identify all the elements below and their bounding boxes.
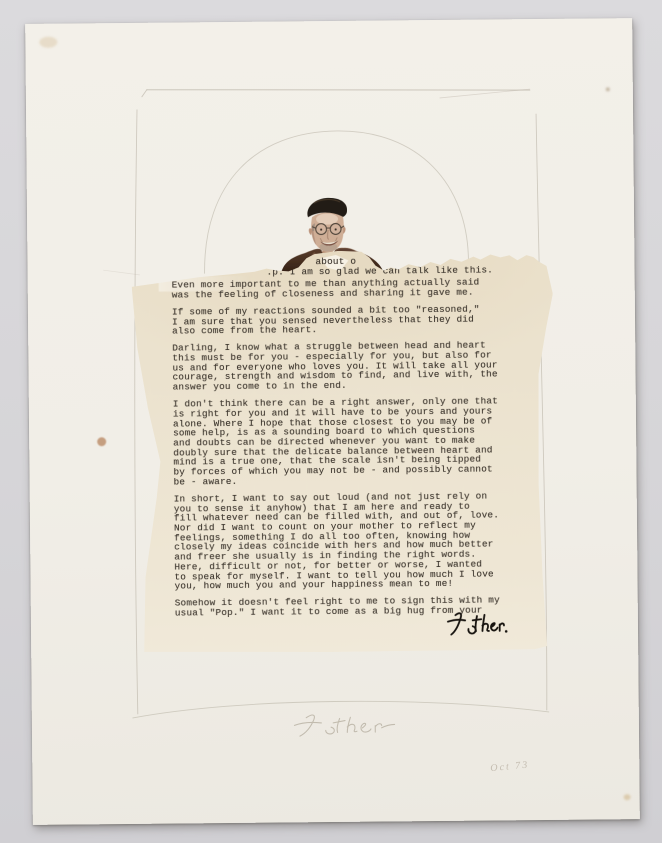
letter-line: be - aware. (174, 474, 499, 487)
letter-body: Even more important to me than anything … (172, 277, 500, 625)
letter-line: also come from the heart. (172, 324, 497, 337)
support-paper: about o .p. I am so glad we can talk lik… (25, 18, 640, 825)
letter-paragraph: I don't think there can be a right answe… (173, 397, 499, 487)
letter-line: you, how much you and your happiness mea… (175, 579, 500, 592)
letter-paragraph: Darling, I know what a struggle between … (172, 341, 498, 393)
letter-line: answer you come to in the end. (173, 380, 498, 393)
letter-sheet: about o .p. I am so glad we can talk lik… (128, 244, 558, 655)
letter-paragraph: In short, I want to say out loud (and no… (174, 491, 500, 591)
artwork-backdrop: about o .p. I am so glad we can talk lik… (0, 0, 662, 843)
letter-paragraph: Even more important to me than anything … (172, 277, 497, 300)
letter-line: was the feeling of closeness and sharing… (172, 287, 497, 300)
pencil-father-inscription (287, 710, 399, 739)
signature-script (444, 610, 508, 639)
letter-paragraph: If some of my reactions sounded a bit to… (172, 304, 497, 336)
